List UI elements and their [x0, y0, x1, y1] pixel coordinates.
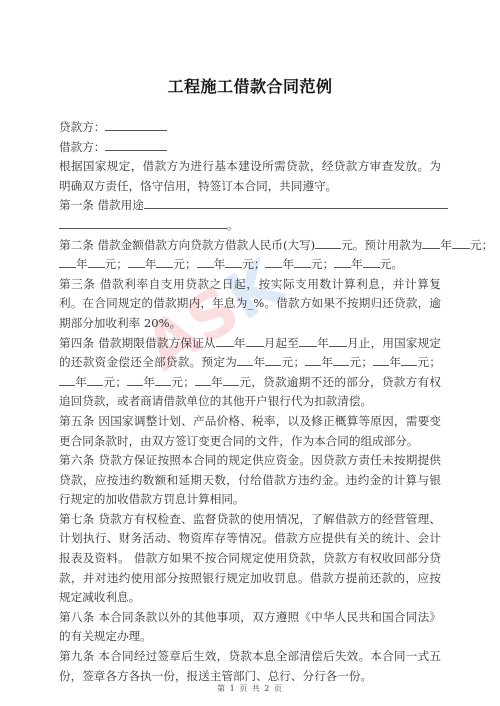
blank	[363, 255, 380, 268]
blank	[195, 373, 211, 386]
page-number: 第 1 页 共 2 页	[0, 683, 500, 694]
article-5: 第五条 因国家调整计划、产品价格、税率，以及修正概算等原因，需要变更合同条款时，…	[59, 412, 441, 451]
article-6: 第六条 贷款方保证按照本合同的规定供应资金。因贷款方责任未按期提供贷款，应按违约…	[59, 451, 441, 510]
blank	[59, 373, 75, 386]
blank	[225, 255, 242, 268]
blank	[156, 255, 173, 268]
blank	[334, 255, 351, 268]
amount-blank	[315, 236, 341, 249]
blank	[87, 373, 103, 386]
blank	[223, 373, 239, 386]
preamble: 根据国家规定，借款方为进行基本建设所需贷款，经贷款方审查发放。为明确双方责任，恪…	[59, 157, 441, 196]
blank	[237, 353, 253, 366]
blank	[88, 255, 105, 268]
lender-label: 贷款方：	[59, 120, 105, 134]
article-1-cont: 。	[59, 216, 441, 236]
blank	[216, 334, 234, 347]
borrower-blank	[105, 138, 167, 151]
blank	[333, 353, 349, 366]
blank	[329, 334, 347, 347]
blank	[127, 373, 143, 386]
blank	[128, 255, 145, 268]
lender-blank	[105, 118, 167, 131]
blank	[294, 255, 311, 268]
purpose-blank	[144, 196, 448, 209]
article-4: 第四条 借款期限借款方保证从年月起至年月止，用国家规定的还款资金偿还全部贷款。预…	[59, 334, 441, 412]
blank	[373, 353, 389, 366]
borrower-line: 借款方：	[59, 138, 441, 158]
blank	[246, 334, 264, 347]
article-8: 第八条 本合同条款以外的其他事项，双方遵照《中华人民共和国合同法》的有关规定办理…	[59, 608, 441, 647]
borrower-label: 借款方：	[59, 140, 105, 154]
document-body: 贷款方： 借款方： 根据国家规定，借款方为进行基本建设所需贷款，经贷款方审查发放…	[59, 118, 441, 686]
blank	[299, 334, 317, 347]
document-title: 工程施工借款合同范例	[0, 74, 500, 97]
blank	[452, 236, 470, 249]
blank	[265, 353, 281, 366]
article-2-cont: 年元；年元；年元；年元；年元。	[59, 255, 441, 275]
blank	[59, 255, 76, 268]
blank	[265, 255, 282, 268]
blank	[197, 255, 214, 268]
blank	[155, 373, 171, 386]
article-9: 第九条 本合同经过签章后生效，贷款本息全部清偿后失效。本合同一式五份，签章各方各…	[59, 647, 441, 686]
article-1: 第一条 借款用途	[59, 196, 441, 216]
article-3: 第三条 借款利率自支用贷款之日起，按实际支用数计算利息，并计算复利。在合同规定的…	[59, 275, 441, 334]
blank	[422, 236, 440, 249]
article-7: 第七条 贷款方有权检查、监督贷款的使用情况，了解借款方的经营管理、计划执行、财务…	[59, 510, 441, 608]
blank	[401, 353, 417, 366]
purpose-blank-2	[59, 216, 227, 229]
blank	[305, 353, 321, 366]
article-2: 第二条 借款金额借款方向贷款方借款人民币(大写)元。预计用款为年元；	[59, 236, 441, 256]
document-page: ASK 工程施工借款合同范例 贷款方： 借款方： 根据国家规定，借款方为进行基本…	[0, 0, 500, 706]
lender-line: 贷款方：	[59, 118, 441, 138]
